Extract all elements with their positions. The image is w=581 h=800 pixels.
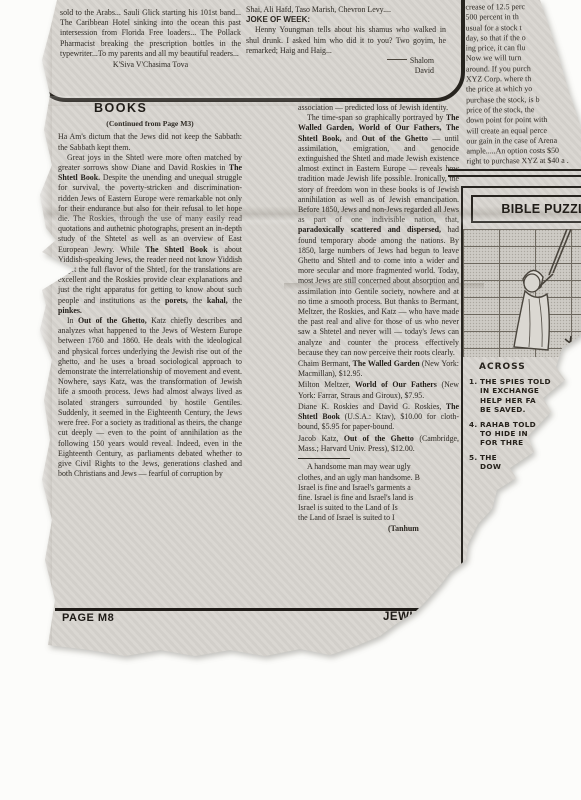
text-line: usual for a stock t: [466, 22, 581, 33]
book-ref-4: Jacob Katz, Out of the Ghetto (Cambridge…: [298, 434, 459, 454]
text-line: Israel is suited to the Land of Is: [298, 503, 459, 513]
text-line: Now we will turn: [466, 53, 581, 64]
stock-column: crease of 12.5 perc500 percent in thusua…: [465, 1, 581, 167]
text-line: ing price, it can flu: [466, 43, 581, 54]
books-heading: BOOKS: [94, 103, 242, 113]
text-line: will create an equal perce: [466, 125, 581, 136]
page-number-label: PAGE M8: [62, 612, 114, 624]
tale-credit: (Tanhum: [388, 524, 459, 534]
farewell-box: sold to the Arabs... Sauli Glick startin…: [36, 0, 465, 102]
masthead-fragment-label: JEWI: [383, 611, 413, 623]
book-ref-1: Chaim Bermant, The Walled Garden (New Yo…: [298, 359, 459, 379]
signature-rule: [387, 59, 407, 60]
paragraph-divider-rule: [298, 458, 350, 460]
clue-4: 4. RAHAB TOLDTO HIDE INFOR THRE: [469, 420, 581, 448]
joke-heading: JOKE OF WEEK:: [246, 15, 446, 25]
text-line: the price at which yo: [466, 84, 581, 95]
joke-names-line: Shai, Ali Hafd, Taso Marish, Chevron Lev…: [246, 5, 446, 15]
text-line: clothes, and an ugly man handsome. B: [298, 473, 459, 483]
section-divider-rule: [448, 169, 581, 177]
text-line: our gain in the case of Arena: [466, 135, 581, 146]
books-paragraph-2: Great joys in the Shtetl were more often…: [58, 153, 242, 316]
farewell-text: sold to the Arabs... Sauli Glick startin…: [60, 8, 241, 59]
books-continued-note: (Continued from Page M3): [58, 119, 242, 129]
clue-1: 1. THE SPIES TOLDIN EXCHANGEHELP HER FAB…: [469, 377, 581, 415]
puzzle-clues: 1. THE SPIES TOLDIN EXCHANGEHELP HER FAB…: [469, 377, 581, 472]
rope: [549, 229, 571, 275]
text-line: BE SAVED.: [480, 405, 551, 414]
climber-figure: [514, 270, 553, 350]
text-line: ample.....An option costs $50: [466, 146, 581, 157]
text-line: Israel is fine and Israel's garments a: [298, 483, 459, 493]
bible-puzzle-title: BIBLE PUZZLE: [471, 195, 581, 223]
wall-climber-drawing: [463, 229, 581, 357]
books-paragraph-1: Ha Am's dictum that the Jews did not kee…: [58, 132, 242, 152]
newspaper-clipping: sold to the Arabs... Sauli Glick startin…: [0, 0, 581, 800]
across-label: ACROSS: [479, 362, 581, 372]
joke-signature-line1: Shalom: [246, 56, 446, 66]
text-line: right to purchase XYZ at $40 a .: [467, 156, 581, 167]
text-line: price of the stock, the: [466, 104, 581, 115]
book-ref-2: Milton Meltzer, World of Our Fathers (Ne…: [298, 380, 459, 400]
joke-text: Henny Youngman tells about his shamus wh…: [246, 25, 446, 56]
text-line: FOR THRE: [480, 438, 536, 447]
joke-column: Shai, Ali Hafd, Taso Marish, Chevron Lev…: [246, 5, 446, 76]
middle-paragraph-1: The time-span so graphically portrayed b…: [298, 113, 459, 358]
down-arrow-icon: [565, 325, 581, 343]
text-line: fine. Israel is fine and Israel's land i…: [298, 493, 459, 503]
paper-shadow: sold to the Arabs... Sauli Glick startin…: [0, 0, 581, 800]
text-line: RAHAB TOLD: [480, 420, 536, 429]
text-line: 500 percent in th: [465, 12, 581, 23]
text-line: day, so that if the o: [466, 32, 581, 43]
farewell-signature: K'Siva V'Chasima Tova: [60, 60, 241, 70]
text-line: purchase the stock, is b: [466, 94, 581, 105]
clue-5: 5. THEDOW: [469, 453, 581, 472]
books-paragraph-3: In Out of the Ghetto, Katz chiefly descr…: [58, 316, 242, 479]
text-line: THE SPIES TOLD: [480, 377, 551, 386]
puzzle-illustration: [463, 229, 581, 357]
text-line: around. If you purch: [466, 63, 581, 74]
middle-column: association — predicted loss of Jewish i…: [298, 103, 459, 534]
tale-paragraph: A handsome man may wear uglyclothes, and…: [298, 462, 459, 523]
text-line: HELP HER FA: [480, 396, 551, 405]
text-line: the Land of Israel is suited to I: [298, 513, 459, 523]
joke-signature-line2: David: [246, 66, 446, 76]
farewell-left-column: sold to the Arabs... Sauli Glick startin…: [60, 8, 241, 70]
text-line: XYZ Corp. where th: [466, 74, 581, 85]
text-line: A handsome man may wear ugly: [298, 462, 459, 472]
footer-rule: [55, 608, 427, 611]
books-column: BOOKS (Continued from Page M3) Ha Am's d…: [58, 103, 242, 479]
book-ref-3: Diane K. Roskies and David G. Roskies, T…: [298, 402, 459, 433]
text-line: TO HIDE IN: [480, 429, 536, 438]
text-line: down point for point with: [466, 115, 581, 126]
bible-puzzle-box: BIBLE PUZZLE: [461, 186, 581, 660]
text-line: crease of 12.5 perc: [465, 1, 581, 12]
text-line: DOW: [480, 462, 501, 471]
text-line: IN EXCHANGE: [480, 386, 551, 395]
middle-paragraph-0: association — predicted loss of Jewish i…: [298, 103, 459, 113]
scanned-newspaper-page: sold to the Arabs... Sauli Glick startin…: [0, 0, 581, 800]
text-line: THE: [480, 453, 501, 462]
